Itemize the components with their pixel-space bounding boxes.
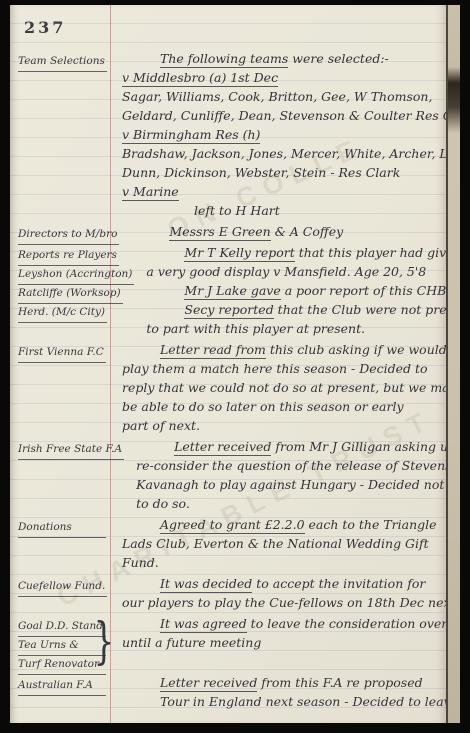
handwritten-line: our players to play the Cue-fellows on 1… [122, 593, 442, 612]
handwritten-line: until a future meeting [122, 633, 442, 652]
margin-heading: First Vienna F.C [18, 340, 110, 359]
underlined-phrase: Secy reported [184, 302, 273, 319]
handwritten-line: It was agreed to leave the consideration… [122, 614, 442, 633]
phrase: re-consider the question of the release … [136, 458, 446, 473]
phrase: that the Club were not prepared [274, 302, 446, 317]
phrase: Kavanagh to play against Hungary - Decid… [136, 477, 444, 492]
entry-body: Mr T Kelly report that this player had g… [134, 243, 442, 338]
handwritten-line: Lads Club, Everton & the National Weddin… [122, 534, 442, 553]
handwritten-line: v Birmingham Res (h) [122, 125, 442, 144]
handwritten-line: Dunn, Dickinson, Webster, Stein - Res Cl… [122, 163, 442, 182]
entry-body: It was agreed to leave the consideration… [110, 614, 442, 652]
minute-entry: Reports re PlayersLeyshon (Accrington)Ra… [18, 243, 442, 338]
minute-entry: Goal D.D. StandTea Urns &Turf Renovator}… [18, 614, 442, 671]
phrase: Dunn, Dickinson, Webster, Stein - Res Cl… [122, 165, 400, 180]
underlined-phrase: It was agreed [160, 616, 247, 633]
phrase: from Mr J Gilligan asking us to [271, 439, 446, 454]
minute-entry: First Vienna F.CLetter read from this cl… [18, 340, 442, 435]
handwritten-line: v Middlesbro (a) 1st Dec [122, 68, 442, 87]
margin-heading: Irish Free State F.A [18, 437, 124, 456]
handwritten-line: play them a match here this season - Dec… [122, 359, 442, 378]
margin-heading: Team Selections [18, 49, 110, 68]
handwritten-line: reply that we could not do so at present… [122, 378, 442, 397]
handwritten-line: Tour in England next season - Decided to… [122, 692, 442, 711]
margin-heading: Reports re Players [18, 243, 134, 262]
handwritten-line: part of next. [122, 416, 442, 435]
handwritten-line: Bradshaw, Jackson, Jones, Mercer, White,… [122, 144, 442, 163]
phrase: to accept the invitation for [252, 576, 425, 591]
handwritten-line: Secy reported that the Club were not pre… [146, 300, 442, 319]
handwritten-line: It was decided to accept the invitation … [122, 574, 442, 593]
phrase: until a future meeting [122, 635, 261, 650]
entry-margin-headings: Cuefellow Fund. [18, 574, 110, 593]
handwritten-line: Agreed to grant £2.2.0 each to the Trian… [122, 515, 442, 534]
minute-entry: Australian F.ALetter received from this … [18, 673, 442, 711]
minute-entry: Cuefellow Fund.It was decided to accept … [18, 574, 442, 612]
phrase: Fund. [122, 555, 159, 570]
handwritten-line: The following teams were selected:- [122, 49, 442, 68]
entry-margin-headings: Donations [18, 515, 110, 534]
scanned-minute-book-photo: 237 ON COLLE CHARITABLE TRUST Team Selec… [0, 0, 470, 733]
margin-heading: Cuefellow Fund. [18, 574, 110, 593]
handwritten-line: a very good display v Mansfield. Age 20,… [146, 262, 442, 281]
phrase: were selected:- [288, 51, 388, 66]
underlined-phrase: Letter received [160, 675, 257, 692]
phrase: Sagar, Williams, Cook, Britton, Gee, W T… [122, 89, 432, 104]
margin-heading-text: Directors to M/bro [18, 225, 119, 245]
underlined-phrase: Agreed to grant £2.2.0 [160, 517, 305, 534]
minute-book-page: 237 ON COLLE CHARITABLE TRUST Team Selec… [10, 5, 446, 723]
margin-heading-text: Donations [18, 518, 106, 538]
margin-heading: Leyshon (Accrington) [18, 262, 134, 281]
phrase: Bradshaw, Jackson, Jones, Mercer, White,… [122, 146, 446, 161]
entry-body: Letter read from this club asking if we … [110, 340, 442, 435]
phrase: each to the Triangle [305, 517, 437, 532]
entry-margin-headings: Goal D.D. StandTea Urns &Turf Renovator} [18, 614, 110, 671]
entry-body: The following teams were selected:-v Mid… [110, 49, 442, 220]
book-page-edge [448, 5, 460, 723]
phrase: to do so. [136, 496, 190, 511]
handwritten-line: Letter received from Mr J Gilligan askin… [136, 437, 442, 456]
underlined-phrase: The following teams [160, 51, 288, 68]
handwritten-line: be able to do so later on this season or… [122, 397, 442, 416]
phrase: to part with this player at present. [146, 321, 365, 336]
phrase: be able to do so later on this season or… [122, 399, 404, 414]
underlined-phrase: Letter read from [160, 342, 266, 359]
margin-heading-text: Team Selections [18, 52, 107, 72]
underlined-phrase: v Marine [122, 184, 179, 201]
handwritten-line: Sagar, Williams, Cook, Britton, Gee, W T… [122, 87, 442, 106]
minute-entry: DonationsAgreed to grant £2.2.0 each to … [18, 515, 442, 572]
page-number: 237 [24, 18, 66, 37]
margin-heading: Donations [18, 515, 110, 534]
underlined-phrase: v Middlesbro (a) 1st Dec [122, 70, 278, 87]
underlined-phrase: v Birmingham Res (h) [122, 127, 260, 144]
phrase: that this player had given [295, 245, 446, 260]
entry-body: Letter received from Mr J Gilligan askin… [124, 437, 442, 513]
handwritten-line: re-consider the question of the release … [136, 456, 442, 475]
underlined-phrase: It was decided [160, 576, 252, 593]
handwritten-line: to part with this player at present. [146, 319, 442, 338]
underlined-phrase: Messrs E Green [169, 224, 270, 241]
margin-heading: Ratcliffe (Worksop) [18, 281, 134, 300]
handwritten-line: Kavanagh to play against Hungary - Decid… [136, 475, 442, 494]
entry-body: It was decided to accept the invitation … [110, 574, 442, 612]
handwritten-line: Fund. [122, 553, 442, 572]
handwritten-line: Letter read from this club asking if we … [122, 340, 442, 359]
phrase: reply that we could not do so at present… [122, 380, 446, 395]
phrase: our players to play the Cue-fellows on 1… [122, 595, 446, 610]
margin-heading-text: First Vienna F.C [18, 343, 106, 363]
minute-entry: Irish Free State F.ALetter received from… [18, 437, 442, 513]
entry-margin-headings: Directors to M/bro [18, 222, 119, 241]
margin-heading-text: Irish Free State F.A [18, 440, 124, 460]
phrase: to leave the consideration over [247, 616, 446, 631]
entry-margin-headings: First Vienna F.C [18, 340, 110, 359]
underlined-phrase: Mr J Lake gave [184, 283, 280, 300]
handwritten-line: Mr J Lake gave a poor report of this CHB [146, 281, 442, 300]
handwritten-line: v Marine [122, 182, 442, 201]
margin-heading-text: Herd. (M/c City) [18, 303, 107, 323]
margin-heading-text: Australian F.A [18, 676, 106, 696]
margin-heading-text: Cuefellow Fund. [18, 577, 107, 597]
phrase: this club asking if we would [266, 342, 446, 357]
entry-margin-headings: Reports re PlayersLeyshon (Accrington)Ra… [18, 243, 134, 319]
phrase: Tour in England next season - Decided to… [160, 694, 446, 709]
handwritten-line: to do so. [136, 494, 442, 513]
phrase: left to H Hart [194, 203, 280, 218]
minute-entry: Directors to M/broMessrs E Green & A Cof… [18, 222, 442, 241]
minute-entry: Team SelectionsThe following teams were … [18, 49, 442, 220]
underlined-phrase: Mr T Kelly report [184, 245, 294, 262]
brace-glyph: } [94, 613, 115, 670]
entry-margin-headings: Irish Free State F.A [18, 437, 124, 456]
phrase: & A Coffey [271, 224, 343, 239]
handwritten-line: Mr T Kelly report that this player had g… [146, 243, 442, 262]
phrase: play them a match here this season - Dec… [122, 361, 428, 376]
entry-margin-headings: Team Selections [18, 49, 110, 68]
entry-margin-headings: Australian F.A [18, 673, 110, 692]
phrase: from this F.A re proposed [257, 675, 422, 690]
underlined-phrase: Letter received [174, 439, 271, 456]
handwritten-line: left to H Hart [122, 201, 442, 220]
phrase: Lads Club, Everton & the National Weddin… [122, 536, 429, 551]
phrase: a very good display v Mansfield. Age 20,… [146, 264, 426, 279]
phrase: Geldard, Cunliffe, Dean, Stevenson & Cou… [122, 108, 446, 123]
handwritten-line: Geldard, Cunliffe, Dean, Stevenson & Cou… [122, 106, 442, 125]
entry-body: Letter received from this F.A re propose… [110, 673, 442, 711]
phrase: a poor report of this CHB [281, 283, 446, 298]
phrase: part of next. [122, 418, 200, 433]
entry-body: Agreed to grant £2.2.0 each to the Trian… [110, 515, 442, 572]
margin-heading: Directors to M/bro [18, 222, 119, 241]
margin-heading: Australian F.A [18, 673, 110, 692]
entries: Team SelectionsThe following teams were … [18, 49, 442, 713]
handwritten-line: Messrs E Green & A Coffey [131, 222, 442, 241]
handwritten-line: Letter received from this F.A re propose… [122, 673, 442, 692]
entry-body: Messrs E Green & A Coffey [119, 222, 442, 241]
